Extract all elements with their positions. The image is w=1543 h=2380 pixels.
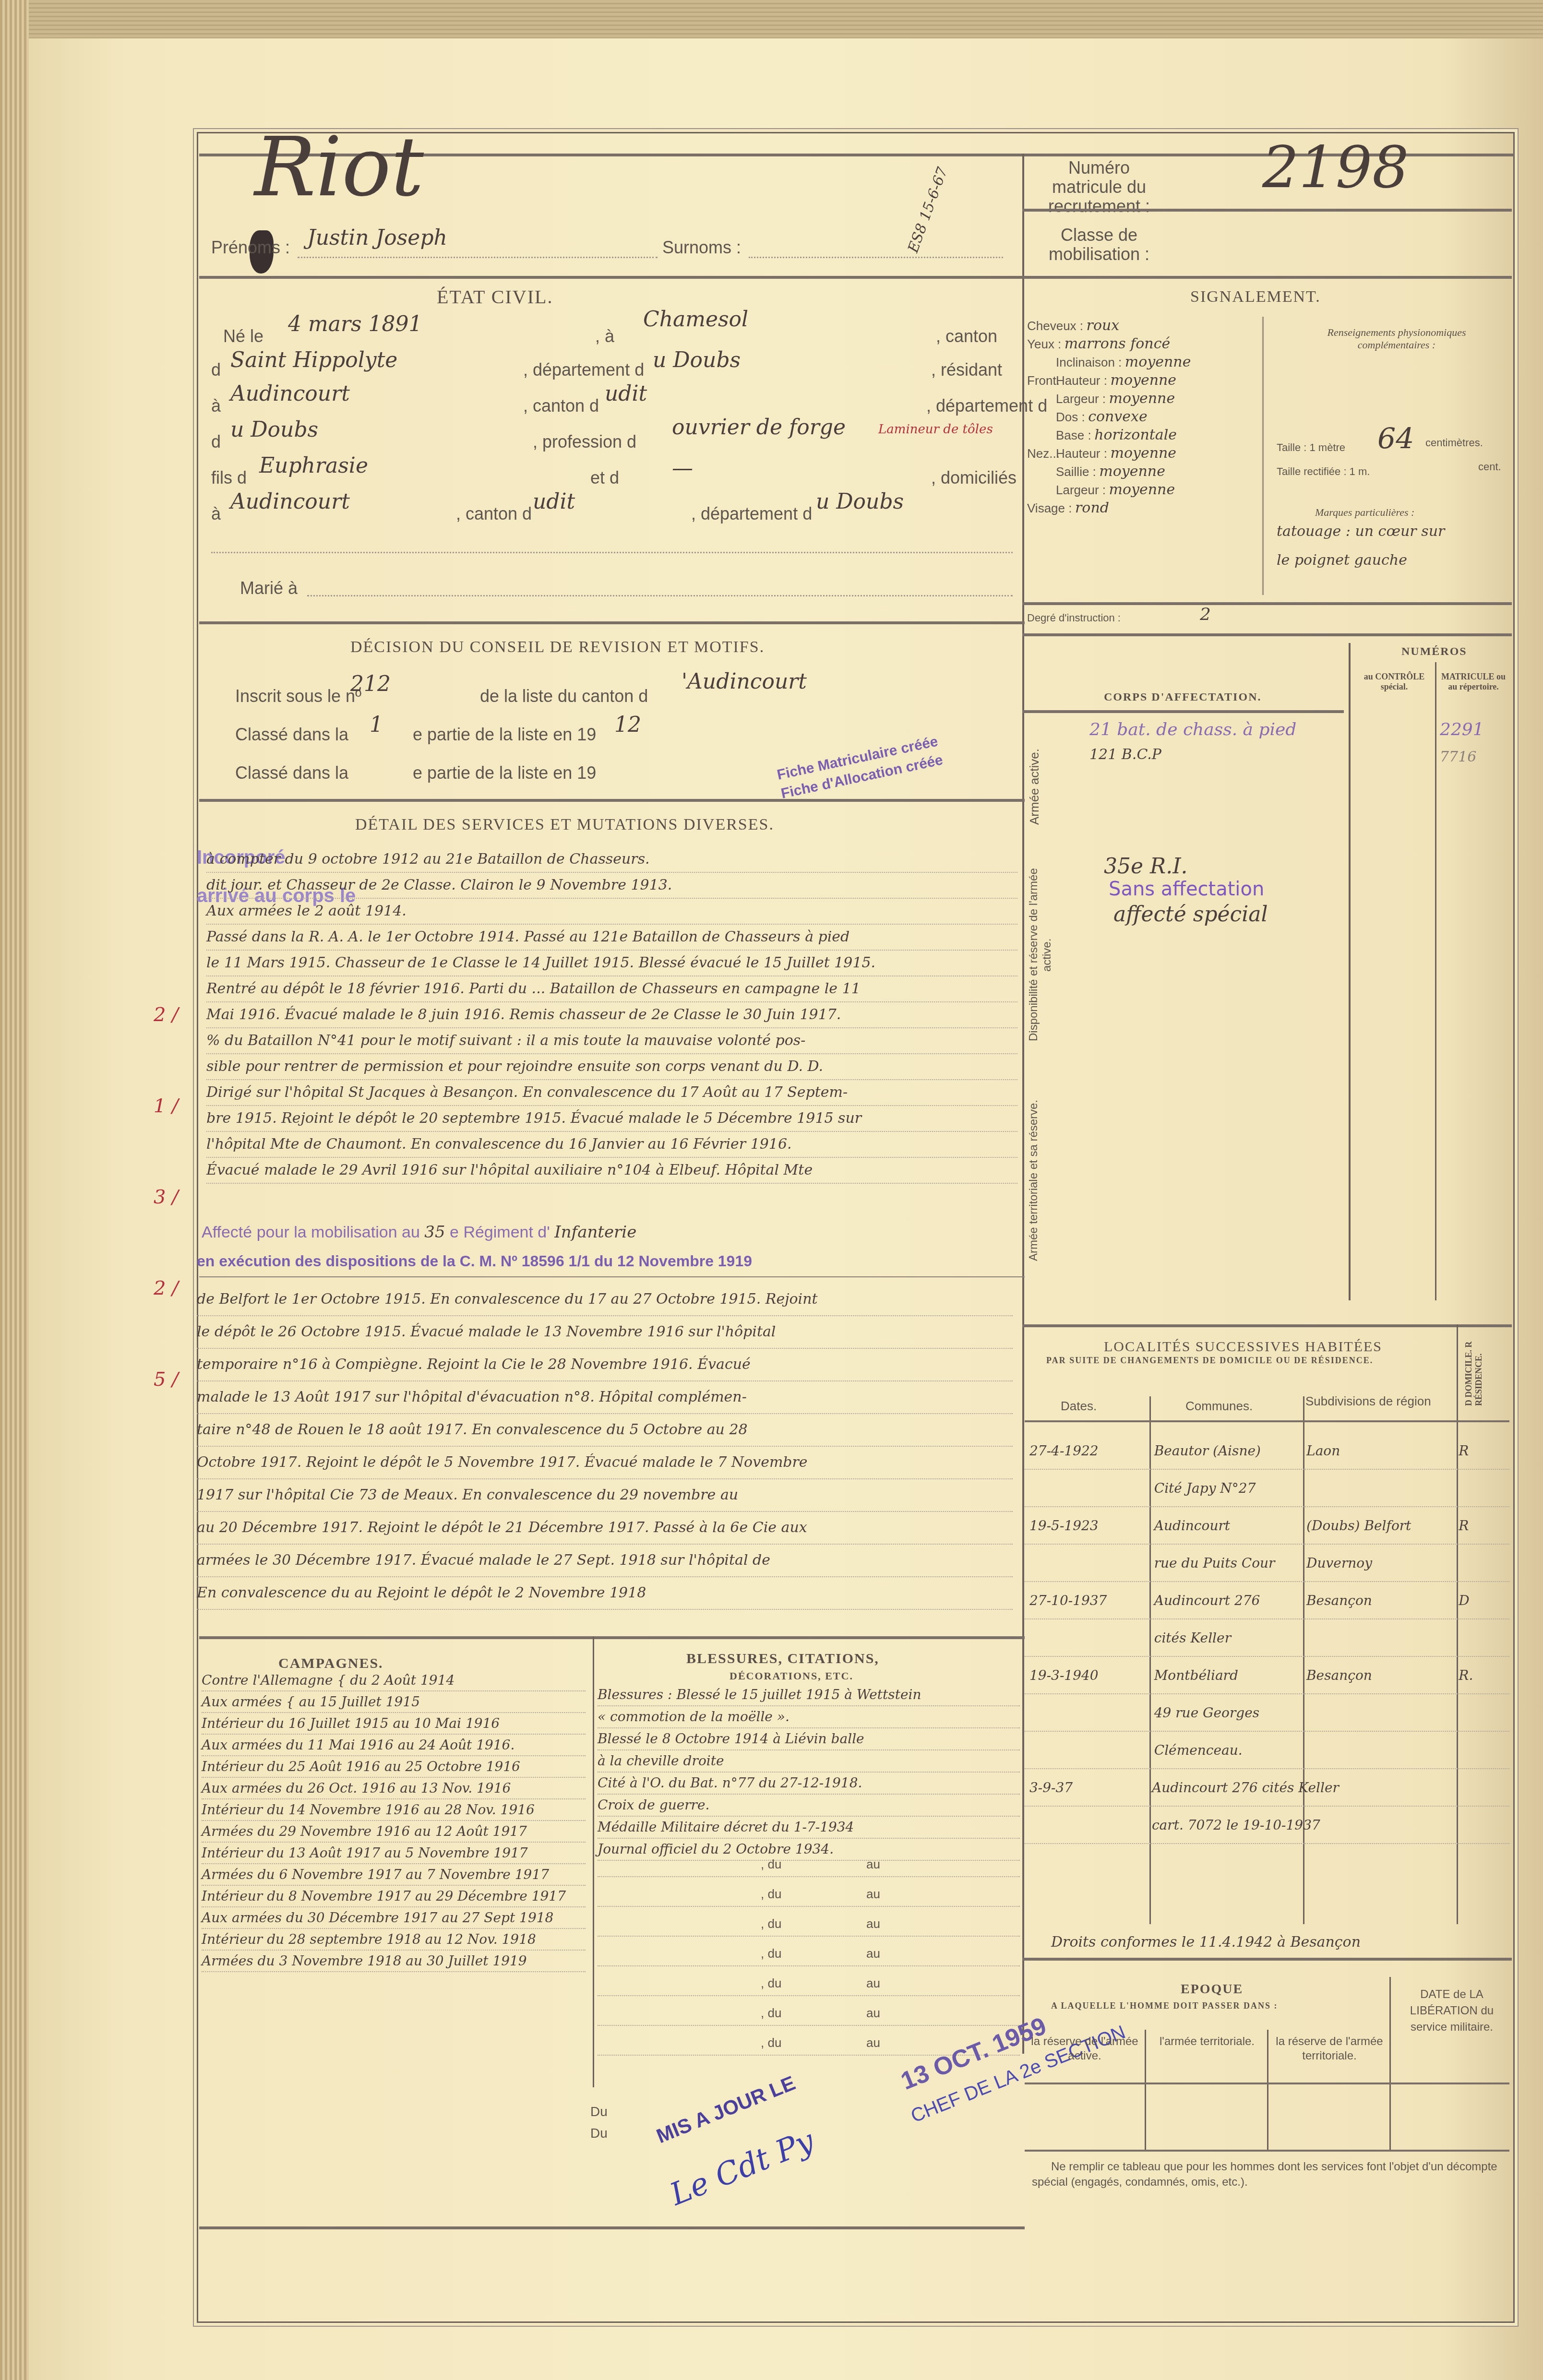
localite-cell: 27-10-1937 <box>1025 1593 1149 1608</box>
du-au-row: , duau <box>598 1937 1020 1966</box>
domicile-canton: udit <box>533 489 575 514</box>
service-line: sible pour rentrer de permission et pour… <box>206 1054 1017 1080</box>
domicilies-label: , domiciliés <box>931 468 1017 488</box>
localites-title: LOCALITÉS SUCCESSIVES HABITÉES <box>1104 1339 1382 1355</box>
sans-affectation-stamp: Sans affectation <box>1109 878 1264 900</box>
campagne-line: Intérieur du 25 Août 1916 au 25 Octobre … <box>202 1756 586 1778</box>
localite-row: Cité Japy N°27 <box>1025 1470 1509 1507</box>
service-line: l'hôpital Mte de Chaumont. En convalesce… <box>206 1132 1017 1158</box>
localite-cell: 19-5-1923 <box>1025 1518 1149 1534</box>
marques-value: tatouage : un cœur sur <box>1277 523 1445 540</box>
cheveux-value: roux <box>1087 317 1120 334</box>
marques-label: Marques particulières : <box>1315 506 1414 519</box>
taille-value: 64 <box>1377 422 1414 456</box>
localite-cell: Cité Japy N°27 <box>1149 1480 1302 1496</box>
et-label: et d <box>590 468 619 488</box>
resident-place: Audincourt <box>230 381 350 406</box>
localite-cell: 19-3-1940 <box>1025 1667 1149 1683</box>
service-line: le dépôt le 26 Octobre 1915. Évacué mala… <box>197 1316 1013 1349</box>
blessures-title: BLESSURES, CITATIONS, <box>686 1651 879 1667</box>
service-line: Dirigé sur l'hôpital St Jacques à Besanç… <box>206 1080 1017 1106</box>
du-au-row: , duau <box>598 1966 1020 1996</box>
localite-row: 27-4-1922Beautor (Aisne)LaonR <box>1025 1432 1509 1470</box>
a-label: à <box>211 396 221 416</box>
birth-canton: Saint Hippolyte <box>230 348 397 372</box>
armee-active-label: Armée active. <box>1027 725 1042 849</box>
blessure-line: Cité à l'O. du Bat. n°77 du 27-12-1918. <box>598 1773 1020 1795</box>
birth-departement: u Doubs <box>653 348 741 372</box>
localite-row: 19-5-1923Audincourt(Doubs) BelfortR <box>1025 1507 1509 1545</box>
divider <box>1022 1324 1512 1327</box>
taille-unit: centimètres. <box>1425 437 1483 449</box>
divider <box>1022 602 1512 605</box>
mother-name: — <box>672 456 693 480</box>
dotted-line <box>298 257 658 258</box>
margin-mark: 1 / <box>154 1060 179 1152</box>
book-binding-top <box>0 0 1543 38</box>
col-dates: Dates. <box>1061 1399 1097 1414</box>
renseignements-label: Renseignements physionomiques complément… <box>1291 326 1502 351</box>
du-au-row: , duau <box>598 1907 1020 1937</box>
localite-cell: 27-4-1922 <box>1025 1443 1149 1459</box>
epoque-note: Ne remplir ce tableau que pour les homme… <box>1032 2159 1502 2190</box>
margin-mark: 5 / <box>154 1334 179 1425</box>
campagne-line: Aux armées du 30 Décembre 1917 au 27 Sep… <box>202 1907 586 1929</box>
domicile-departement: u Doubs <box>816 489 904 514</box>
service-line: malade le 13 Août 1917 sur l'hôpital d'é… <box>197 1381 1013 1414</box>
localite-cell: Duvernoy <box>1302 1555 1454 1571</box>
dotted-line <box>307 595 1013 596</box>
service-line: Passé dans la R. A. A. le 1er Octobre 19… <box>206 925 1017 951</box>
corps-title: CORPS D'AFFECTATION. <box>1104 691 1261 704</box>
service-line: Octobre 1917. Rejoint le dépôt le 5 Nove… <box>197 1447 1013 1479</box>
localite-cell: Besançon <box>1302 1593 1454 1608</box>
blessure-line: à la cheville droite <box>598 1750 1020 1773</box>
campagnes-title: CAMPAGNES. <box>278 1655 383 1672</box>
localite-row: cités Keller <box>1025 1619 1509 1657</box>
marie-label: Marié à <box>240 578 298 598</box>
service-line: En convalescence du au Rejoint le dépôt … <box>197 1577 1013 1610</box>
birth-date: 4 mars 1891 <box>288 312 422 336</box>
departement-label: , département d <box>523 360 644 380</box>
signalement-title: SIGNALEMENT. <box>1190 288 1321 306</box>
du-label: Du <box>590 2126 608 2141</box>
matricule-value: 7716 <box>1440 749 1476 765</box>
du-label: Du <box>590 2104 608 2119</box>
service-line: temporaire n°16 à Compiègne. Rejoint la … <box>197 1349 1013 1381</box>
column-divider <box>1349 643 1351 1300</box>
surnoms-label: Surnoms : <box>662 238 741 258</box>
father-name: Euphrasie <box>259 453 368 478</box>
canton-label: , canton d <box>523 396 599 416</box>
du-au-row: , duau <box>598 1877 1020 1907</box>
affecte-stamp: Affecté pour la mobilisation au 35 e Rég… <box>202 1223 636 1242</box>
column-divider <box>1145 2030 1146 2150</box>
service-line: % du Bataillon N°41 pour le motif suivan… <box>206 1028 1017 1054</box>
localites-subtitle: PAR SUITE DE CHANGEMENTS DE DOMICILE OU … <box>1046 1356 1373 1366</box>
a-label: , à <box>595 326 614 346</box>
localite-row: 3-9-37Audincourt 276 cités Keller <box>1025 1769 1509 1807</box>
localite-cell: Audincourt <box>1149 1518 1302 1534</box>
classe-partie-value: 1 <box>370 713 383 737</box>
armee-active-value: 121 B.C.P <box>1089 746 1161 763</box>
localite-cell: (Doubs) Belfort <box>1302 1518 1454 1534</box>
campagne-line: Intérieur du 16 Juillet 1915 au 10 Mai 1… <box>202 1713 586 1735</box>
execution-stamp: en exécution des dispositions de la C. M… <box>197 1252 752 1270</box>
resident-departement: u Doubs <box>230 417 318 442</box>
campagne-line: Armées du 6 Novembre 1917 au 7 Novembre … <box>202 1864 586 1886</box>
col-controle: au CONTRÔLE spécial. <box>1358 672 1430 692</box>
numero-matricule-value: 2198 <box>1262 134 1409 201</box>
blessure-line: Médaille Militaire décret du 1-7-1934 <box>598 1817 1020 1839</box>
du-au-row: , duau <box>598 1996 1020 2026</box>
blessure-line: « commotion de la moëlle ». <box>598 1706 1020 1728</box>
droits-note: Droits conformes le 11.4.1942 à Besançon <box>1051 1934 1361 1951</box>
etat-civil-title: ÉTAT CIVIL. <box>437 286 553 308</box>
localite-row: rue du Puits CourDuvernoy <box>1025 1545 1509 1582</box>
divider <box>1022 633 1512 636</box>
localite-cell: Audincourt 276 <box>1149 1593 1302 1608</box>
service-line: armées le 30 Décembre 1917. Évacué malad… <box>197 1545 1013 1577</box>
service-line: Évacué malade le 29 Avril 1916 sur l'hôp… <box>206 1158 1017 1184</box>
divider <box>1025 1420 1509 1422</box>
canton-label: , canton <box>936 326 997 346</box>
resident-label: , résidant <box>931 360 1002 380</box>
localite-row: cart. 7072 le 19-10-1937 <box>1025 1807 1509 1844</box>
column-divider <box>1267 2030 1268 2150</box>
divider <box>199 621 1025 624</box>
ne-le-label: Né le <box>223 326 263 346</box>
localite-cell: D <box>1454 1593 1509 1608</box>
campagne-line: Aux armées { au 15 Juillet 1915 <box>202 1691 586 1713</box>
localite-cell: R <box>1454 1518 1509 1534</box>
campagne-line: Intérieur du 28 septembre 1918 au 12 Nov… <box>202 1929 586 1951</box>
campagne-line: Intérieur du 14 Novembre 1916 au 28 Nov.… <box>202 1799 586 1821</box>
domicile-place: Audincourt <box>230 489 350 514</box>
service-line: de Belfort le 1er Octobre 1915. En conva… <box>197 1284 1013 1316</box>
signalement-fields: Cheveux : roux Yeux : marrons foncé Incl… <box>1027 317 1191 517</box>
classe-year-value: 12 <box>614 713 641 737</box>
localite-cell: Audincourt 276 cités Keller <box>1147 1780 1305 1796</box>
service-line: bre 1915. Rejoint le dépôt le 20 septemb… <box>206 1106 1017 1132</box>
taille-label: Taille : 1 mètre <box>1277 441 1345 454</box>
dispo-label: Disponibilité et réserve de l'armée acti… <box>1027 854 1065 1056</box>
divider <box>1022 1958 1512 1961</box>
services-lines-top: à compter du 9 octobre 1912 au 21e Batai… <box>206 847 1017 1184</box>
localites-table: 27-4-1922Beautor (Aisne)LaonRCité Japy N… <box>1025 1432 1509 1844</box>
campagne-line: Aux armées du 26 Oct. 1916 au 13 Nov. 19… <box>202 1778 586 1799</box>
blessures-subtitle: DÉCORATIONS, ETC. <box>730 1670 853 1682</box>
service-line: le 11 Mars 1915. Chasseur de 1e Classe l… <box>206 951 1017 976</box>
paper-fold <box>199 1276 1025 1277</box>
margin-mark: 2 / <box>154 1243 179 1334</box>
localite-cell: Laon <box>1302 1443 1454 1459</box>
localite-row: 49 rue Georges <box>1025 1694 1509 1732</box>
marques-value: le poignet gauche <box>1277 552 1407 569</box>
localite-row: 19-3-1940MontbéliardBesançonR. <box>1025 1657 1509 1694</box>
decision-title: DÉCISION DU CONSEIL DE REVISION ET MOTIF… <box>350 638 765 656</box>
epoque-title: EPOQUE <box>1181 1982 1243 1997</box>
column-divider <box>593 1636 594 2087</box>
nom-value: Riot <box>254 120 424 215</box>
epoque-col-reserve-active: la réserve de l'armée active. <box>1027 2035 1142 2063</box>
service-line: Aux armées le 2 août 1914. <box>206 899 1017 925</box>
profession-correction: Lamineur de tôles <box>878 422 993 437</box>
du-au-row: , duau <box>598 1847 1020 1877</box>
localite-cell: Montbéliard <box>1149 1667 1302 1683</box>
localite-cell: cart. 7072 le 19-10-1937 <box>1147 1817 1305 1833</box>
classe-label: Classé dans la <box>235 725 348 745</box>
divider <box>1022 710 1344 713</box>
divider <box>199 799 1025 802</box>
service-line: 1917 sur l'hôpital Cie 73 de Meaux. En c… <box>197 1479 1013 1512</box>
localite-row: Clémenceau. <box>1025 1732 1509 1769</box>
dispo-value: affecté spécial <box>1113 902 1268 927</box>
resident-canton: udit <box>605 381 647 406</box>
service-line: Rentré au dépôt le 18 février 1916. Part… <box>206 976 1017 1002</box>
departement-label: , département d <box>691 504 812 524</box>
localite-cell: R <box>1454 1443 1509 1459</box>
blessure-line: Blessé le 8 Octobre 1914 à Liévin balle <box>598 1728 1020 1750</box>
blessures-lines: Blessures : Blessé le 15 juillet 1915 à … <box>598 1684 1020 1861</box>
inscrit-label: Inscrit sous le nº <box>235 686 361 706</box>
column-divider <box>1022 154 1024 2054</box>
dotted-line <box>749 257 1003 258</box>
service-line: au 20 Décembre 1917. Rejoint le dépôt le… <box>197 1512 1013 1545</box>
services-lines-bottom: de Belfort le 1er Octobre 1915. En conva… <box>197 1284 1013 1610</box>
localite-cell: Beautor (Aisne) <box>1149 1443 1302 1459</box>
dispo-value: 35e R.I. <box>1104 854 1188 879</box>
numero-matricule-label: Numéro matricule du recrutement : <box>1037 158 1161 216</box>
partie-label: e partie de la liste en 19 <box>413 763 596 783</box>
matricule-value: 2291 <box>1440 720 1484 739</box>
taille-rectifiee-unit: cent. <box>1478 461 1501 473</box>
degre-label: Degré d'instruction : <box>1027 612 1121 624</box>
localite-cell: rue du Puits Cour <box>1149 1555 1302 1571</box>
localite-cell: 49 rue Georges <box>1149 1705 1302 1721</box>
visage-value: rond <box>1075 500 1109 516</box>
service-line: dit jour. et Chasseur de 2e Classe. Clai… <box>206 873 1017 899</box>
margin-mark: 2 / <box>154 969 179 1060</box>
column-divider <box>1435 662 1436 1300</box>
divider <box>199 276 1025 279</box>
yeux-value: marrons foncé <box>1065 335 1170 352</box>
localite-cell: cités Keller <box>1149 1630 1302 1646</box>
du-au-rows: , duau, duau, duau, duau, duau, duau, du… <box>598 1847 1020 2056</box>
margin-mark: 3 / <box>154 1152 179 1243</box>
canton-label: , canton d <box>456 504 532 524</box>
epoque-col-territoriale: l'armée territoriale. <box>1149 2035 1265 2049</box>
divider <box>199 2226 1025 2229</box>
blessure-line: Croix de guerre. <box>598 1795 1020 1817</box>
blessure-line: Blessures : Blessé le 15 juillet 1915 à … <box>598 1684 1020 1706</box>
degre-value: 2 <box>1200 605 1211 624</box>
profession-label: , profession d <box>533 432 636 452</box>
divider <box>1025 2150 1509 2152</box>
classe-label: Classé dans la <box>235 763 348 783</box>
date-liberation-title: DATE de LA LIBÉRATION du service militai… <box>1394 1987 1509 2035</box>
service-line: à compter du 9 octobre 1912 au 21e Batai… <box>206 847 1017 873</box>
prenoms-value: Justin Joseph <box>307 226 447 250</box>
col-dr: D DOMICILE. R RÉSIDENCE. <box>1464 1324 1493 1406</box>
partie-label: e partie de la liste en 19 <box>413 725 596 745</box>
divider <box>199 1636 1025 1639</box>
service-line: taire n°48 de Rouen le 18 août 1917. En … <box>197 1414 1013 1447</box>
col-subdivisions: Subdivisions de région <box>1305 1394 1431 1409</box>
dotted-line <box>211 552 1013 553</box>
campagne-line: Contre l'Allemagne { du 2 Août 1914 <box>202 1670 586 1691</box>
localite-cell: Besançon <box>1302 1667 1454 1683</box>
numeros-title: NUMÉROS <box>1401 645 1467 658</box>
classe-label: Classe de mobilisation : <box>1037 226 1161 264</box>
inscrit-value: 212 <box>350 672 391 696</box>
liste-canton-value: 'Audincourt <box>682 669 807 694</box>
epoque-subtitle: A LAQUELLE L'HOMME DOIT PASSER DANS : <box>1051 2001 1278 2011</box>
services-title: DÉTAIL DES SERVICES ET MUTATIONS DIVERSE… <box>355 816 774 834</box>
margin-marks: 2 /1 /3 /2 /5 / <box>154 969 179 1425</box>
service-line: Mai 1916. Évacué malade le 8 juin 1916. … <box>206 1002 1017 1028</box>
divider <box>1022 276 1512 279</box>
epoque-col-reserve-territoriale: la réserve de l'armée territoriale. <box>1272 2035 1387 2063</box>
campagnes-lines: Contre l'Allemagne { du 2 Août 1914Aux a… <box>202 1670 586 1972</box>
profession-value: ouvrier de forge <box>672 415 846 440</box>
campagne-line: Aux armées du 11 Mai 1916 au 24 Août 191… <box>202 1735 586 1756</box>
campagne-line: Armées du 3 Novembre 1918 au 30 Juillet … <box>202 1951 586 1972</box>
divider <box>1025 2082 1509 2084</box>
col-communes: Communes. <box>1185 1399 1253 1414</box>
divider <box>1022 209 1512 212</box>
column-divider <box>1262 317 1266 595</box>
localite-cell: Clémenceau. <box>1149 1742 1302 1758</box>
fils-label: fils d <box>211 468 247 488</box>
column-divider <box>1389 1977 1391 2150</box>
localite-row: 27-10-1937Audincourt 276BesançonD <box>1025 1582 1509 1619</box>
localite-cell: 3-9-37 <box>1025 1780 1147 1796</box>
birth-place: Chamesol <box>643 307 748 332</box>
col-matricule: MATRICULE ou au répertoire. <box>1440 672 1507 692</box>
campagne-line: Intérieur du 13 Août 1917 au 5 Novembre … <box>202 1843 586 1864</box>
campagne-line: Intérieur du 8 Novembre 1917 au 29 Décem… <box>202 1886 586 1907</box>
territoriale-label: Armée territoriale et sa réserve. <box>1027 1075 1065 1286</box>
taille-rectifiee-label: Taille rectifiée : 1 m. <box>1277 465 1370 478</box>
campagne-line: Armées du 29 Novembre 1916 au 12 Août 19… <box>202 1821 586 1843</box>
liste-label: de la liste du canton d <box>480 686 648 706</box>
book-page-edges <box>0 0 29 2380</box>
prenoms-label: Prénoms : <box>211 238 290 258</box>
armee-active-value: 21 bat. de chass. à pied <box>1089 720 1296 739</box>
localite-cell: R. <box>1454 1667 1509 1683</box>
